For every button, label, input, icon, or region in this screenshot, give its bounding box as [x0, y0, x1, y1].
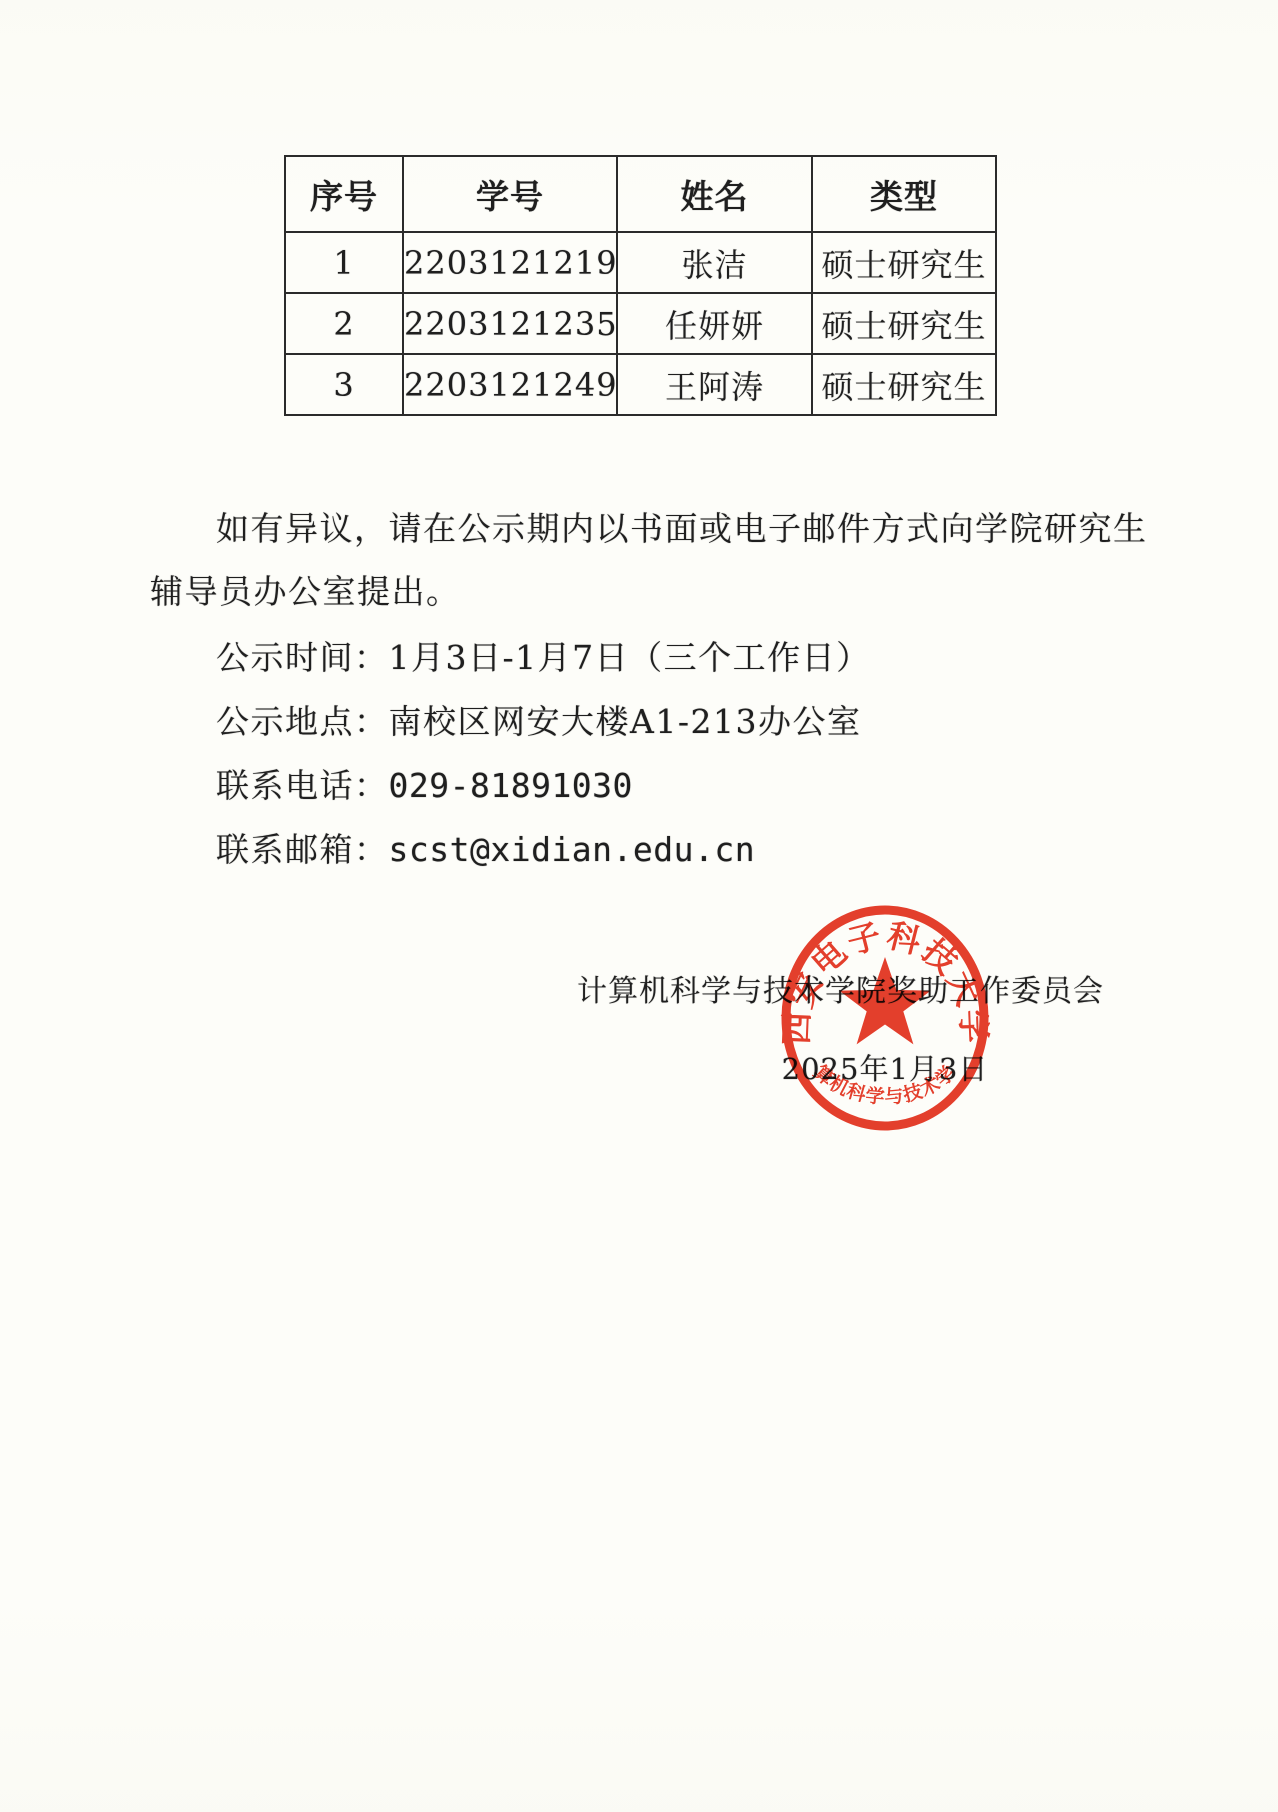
table-row: 1 22031212196 张洁 硕士研究生: [285, 232, 996, 293]
header-student-id: 学号: [403, 156, 617, 232]
contact-email-value: scst@xidian.edu.cn: [389, 830, 756, 869]
document-page: 序号 学号 姓名 类型 1 22031212196 张洁 硕士研究生 2 220…: [0, 0, 1278, 1812]
publicity-time-value: 1月3日-1月7日（三个工作日）: [389, 638, 871, 677]
info-line-publicity-time: 公示时间：1月3日-1月7日（三个工作日）: [216, 638, 871, 678]
cell-type: 硕士研究生: [812, 232, 996, 293]
table-row: 3 22031212490 王阿涛 硕士研究生: [285, 354, 996, 415]
info-line-contact-phone: 联系电话：029-81891030: [216, 766, 633, 806]
objection-paragraph-line2: 辅导员办公室提出。: [150, 572, 461, 612]
contact-email-label: 联系邮箱：: [216, 830, 389, 869]
cell-name: 任妍妍: [617, 293, 812, 354]
cell-type: 硕士研究生: [812, 354, 996, 415]
table-header-row: 序号 学号 姓名 类型: [285, 156, 996, 232]
info-line-publicity-place: 公示地点：南校区网安大楼A1-213办公室: [216, 702, 861, 742]
seal-ring: [786, 910, 984, 1126]
contact-phone-label: 联系电话：: [216, 766, 389, 805]
publicity-place-label: 公示地点：: [216, 702, 389, 741]
cell-student-id: 22031212196: [403, 232, 617, 293]
cell-name: 王阿涛: [617, 354, 812, 415]
contact-phone-value: 029-81891030: [389, 766, 633, 805]
official-seal-graphic: 西安电子科技大学 计算机科学与技术学院: [777, 901, 993, 1135]
cell-no: 3: [285, 354, 403, 415]
cell-name: 张洁: [617, 232, 812, 293]
student-roster-table: 序号 学号 姓名 类型 1 22031212196 张洁 硕士研究生 2 220…: [284, 155, 997, 416]
objection-paragraph-line1: 如有异议，请在公示期内以书面或电子邮件方式向学院研究生: [216, 509, 1148, 549]
official-seal: 西安电子科技大学 计算机科学与技术学院: [777, 901, 993, 1135]
cell-student-id: 22031212355: [403, 293, 617, 354]
publicity-time-label: 公示时间：: [216, 638, 389, 677]
header-type: 类型: [812, 156, 996, 232]
header-no: 序号: [285, 156, 403, 232]
table-row: 2 22031212355 任妍妍 硕士研究生: [285, 293, 996, 354]
cell-type: 硕士研究生: [812, 293, 996, 354]
signature-date: 2025年1月3日: [700, 1047, 1070, 1088]
cell-no: 1: [285, 232, 403, 293]
publicity-place-value: 南校区网安大楼A1-213办公室: [389, 702, 862, 741]
cell-no: 2: [285, 293, 403, 354]
info-line-contact-email: 联系邮箱：scst@xidian.edu.cn: [216, 830, 755, 870]
signature-committee: 计算机科学与技术学院奖助工作委员会: [577, 966, 1104, 1010]
header-name: 姓名: [617, 156, 812, 232]
cell-student-id: 22031212490: [403, 354, 617, 415]
